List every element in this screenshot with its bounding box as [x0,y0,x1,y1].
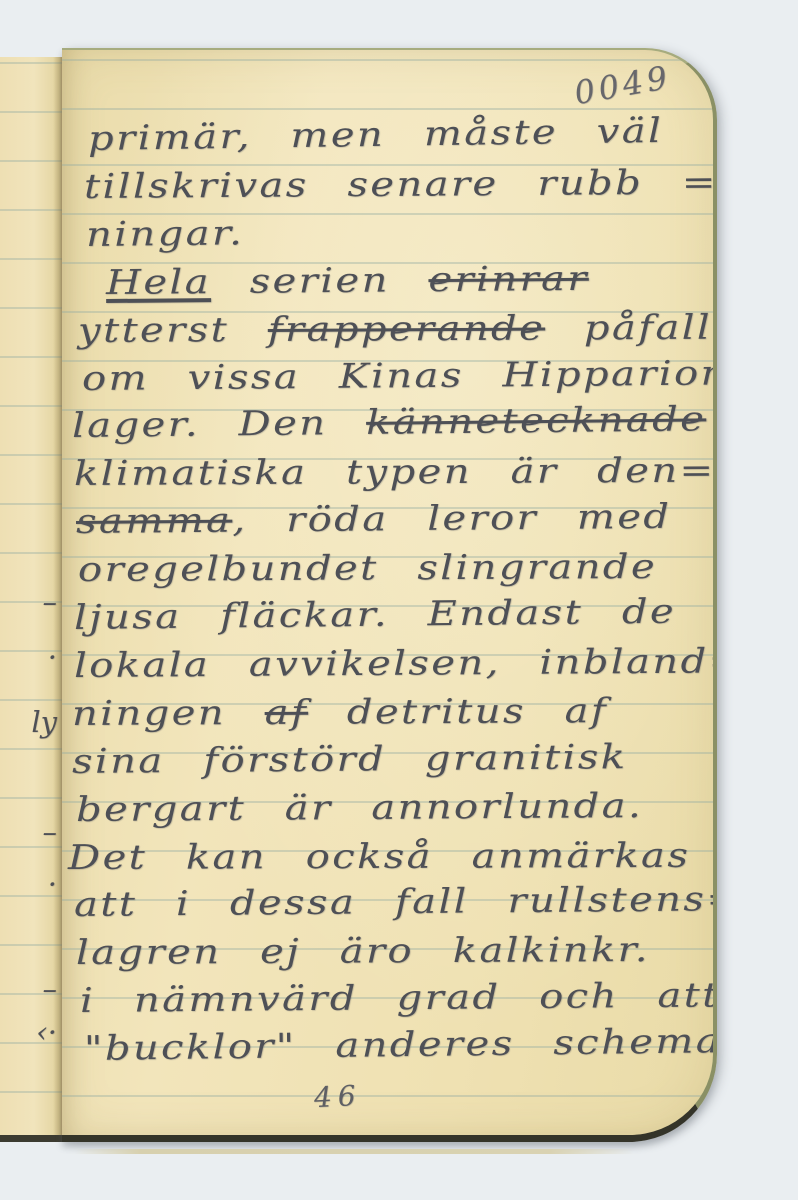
handwriting-segment: erinrar [428,258,589,299]
handwriting-line: bergart är annorlunda. [76,785,643,831]
notebook-scan: –·ly–·–‹· 0049 primär, men måste vältill… [0,0,798,1200]
handwriting-line: lager. Den kännetecknade [72,399,707,448]
handwriting-segment: klimatiska typen är den= [74,451,716,494]
handwriting-segment: Det kan också anmärkas [68,835,690,877]
handwriting-line: Hela serien erinrar [106,257,589,303]
page-stack-edge [74,1149,634,1154]
handwriting-line: Det kan också anmärkas [68,834,690,878]
handwriting-line: om vissa Kinas Hipparion= [82,352,717,400]
handwriting-segment: lokala avvikelsen, inbland= [74,641,717,686]
handwriting-segment: lagren ej äro kalkinkr. [76,930,650,973]
handwriting-text-block: primär, men måste vältillskrivas senare … [62,50,713,1135]
handwriting-line: i nämnvärd grad och att [80,975,717,1023]
handwriting-segment: frapperande [268,308,546,349]
handwriting-line: att i dessa fall rullstens= [74,879,717,927]
handwriting-line: klimatiska typen är den= [74,450,716,495]
handwriting-segment: ningar. [86,213,245,255]
handwriting-segment: "bucklor" anderes schema [84,1021,717,1069]
handwriting-segment: ljusa fläckar. Endast de [74,592,676,638]
handwriting-segment: i nämnvärd grad och att [80,976,717,1022]
handwriting-line: ningen af detritus af [72,690,608,735]
handwriting-line: ytterst frapperande påfallande [78,306,717,352]
handwriting-segment: sina förstörd granitisk [72,737,628,782]
handwriting-segment: påfallande [545,307,717,348]
handwriting-segment: , röda leror med [232,497,671,541]
handwriting-line: primär, men måste väl [88,110,664,160]
handwriting-line: sina förstörd granitisk [72,736,628,783]
handwriting-line: ningar. [86,212,245,256]
handwriting-segment: tillskrivas senare rubb = [84,162,717,206]
page-number: 46 [313,1079,362,1114]
handwriting-segment: primär, men måste väl [88,111,664,159]
handwriting-segment: oregelbundet slingrande [78,547,657,590]
handwriting-segment: af [265,693,309,733]
handwriting-line: lokala avvikelsen, inbland= [74,640,717,687]
handwriting-line: samma, röda leror med [76,496,672,543]
handwriting-line: oregelbundet slingrande [78,546,657,591]
handwriting-segment: att i dessa fall rullstens= [74,880,717,926]
handwriting-segment: lager. Den [72,403,367,446]
handwriting-segment: Hela [106,262,211,303]
handwriting-line: ljusa fläckar. Endast de [74,591,676,639]
notebook-page: 0049 primär, men måste vältillskrivas se… [62,48,717,1142]
handwriting-segment: serien [211,260,429,302]
handwriting-segment: ytterst [78,310,268,351]
handwriting-segment: ningen [72,693,265,734]
handwriting-line: tillskrivas senare rubb = [84,161,717,207]
handwriting-line: lagren ej äro kalkinkr. [76,929,650,974]
handwriting-line: "bucklor" anderes schema [84,1020,717,1070]
page-fold-crease [53,57,62,1135]
previous-page-edge: –·ly–·–‹· [0,57,62,1142]
handwriting-segment: bergart är annorlunda. [76,786,643,830]
handwriting-segment: kännetecknade [366,400,707,444]
handwriting-segment: om vissa Kinas Hipparion= [82,353,717,399]
handwriting-segment: samma [76,501,233,542]
handwriting-segment: detritus af [308,691,608,733]
